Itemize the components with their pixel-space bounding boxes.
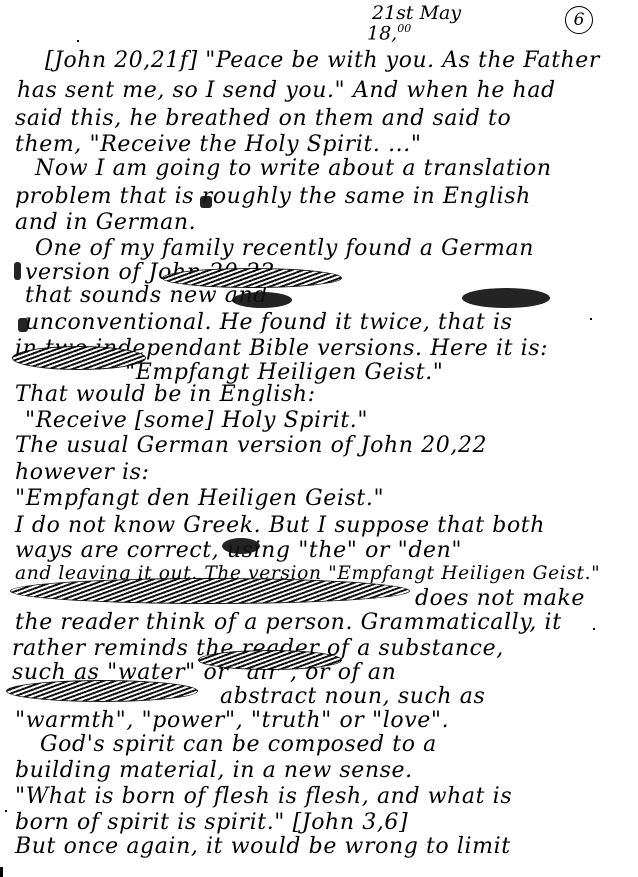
text-line: said this, he breathed on them and said … [15, 108, 511, 130]
text-line: that sounds new and [25, 285, 268, 307]
text-line: That would be in English: [15, 384, 316, 406]
scribble-mark [18, 318, 28, 332]
text-line: God's spirit can be composed to a [40, 734, 437, 756]
scribble-mark [14, 262, 21, 280]
scribble-mark [6, 680, 198, 702]
scribble-mark [200, 196, 212, 208]
scribble-mark [462, 288, 550, 308]
scribble-mark [198, 650, 342, 670]
text-line: does not make [415, 588, 585, 610]
text-line: "Receive [some] Holy Spirit." [25, 410, 368, 432]
text-line: "Empfangt Heiligen Geist." [125, 362, 444, 384]
text-line: But once again, it would be wrong to lim… [15, 836, 511, 858]
text-line: building material, in a new sense. [15, 760, 413, 782]
scribble-mark [162, 268, 342, 288]
page-number-circle: 6 [565, 6, 593, 34]
text-line: I do not know Greek. But I suppose that … [15, 515, 545, 537]
stray-dot [593, 628, 595, 630]
text-line: "warmth", "power", "truth" or "love". [15, 710, 449, 732]
text-line: and in German. [15, 212, 196, 234]
text-line: Now I am going to write about a translat… [35, 158, 552, 180]
scribble-mark [232, 292, 292, 308]
text-line: the reader think of a person. Grammatica… [15, 612, 562, 634]
stray-dot [590, 318, 592, 320]
scribble-mark [10, 578, 410, 604]
corner-mark [0, 867, 3, 877]
text-line: abstract noun, such as [220, 686, 485, 708]
text-line: problem that is roughly the same in Engl… [15, 186, 531, 208]
time-text: 18,00 [367, 22, 411, 44]
text-line: born of spirit is spirit." [John 3,6] [15, 812, 408, 834]
text-line: however is: [15, 462, 150, 484]
scribble-mark [12, 346, 146, 370]
stray-dot [77, 40, 79, 42]
date-text: 21st May [372, 2, 461, 24]
text-line: has sent me, so I send you." And when he… [17, 80, 556, 102]
scribble-mark [222, 538, 260, 554]
time-minutes: 00 [397, 22, 411, 35]
text-line: The usual German version of John 20,22 [15, 435, 487, 457]
time-hour: 18, [367, 22, 397, 44]
handwritten-page: 21st May 18,00 6 [John 20,21f] "Peace be… [0, 0, 638, 877]
text-line: "Empfangt den Heiligen Geist." [15, 488, 384, 510]
text-line: [John 20,21f] "Peace be with you. As the… [45, 50, 600, 72]
text-line: "What is born of flesh is flesh, and wha… [15, 786, 512, 808]
text-line: them, "Receive the Holy Spirit. ..." [15, 134, 422, 156]
text-line: One of my family recently found a German [35, 238, 534, 260]
stray-dot [5, 810, 7, 812]
text-line: unconventional. He found it twice, that … [25, 312, 513, 334]
